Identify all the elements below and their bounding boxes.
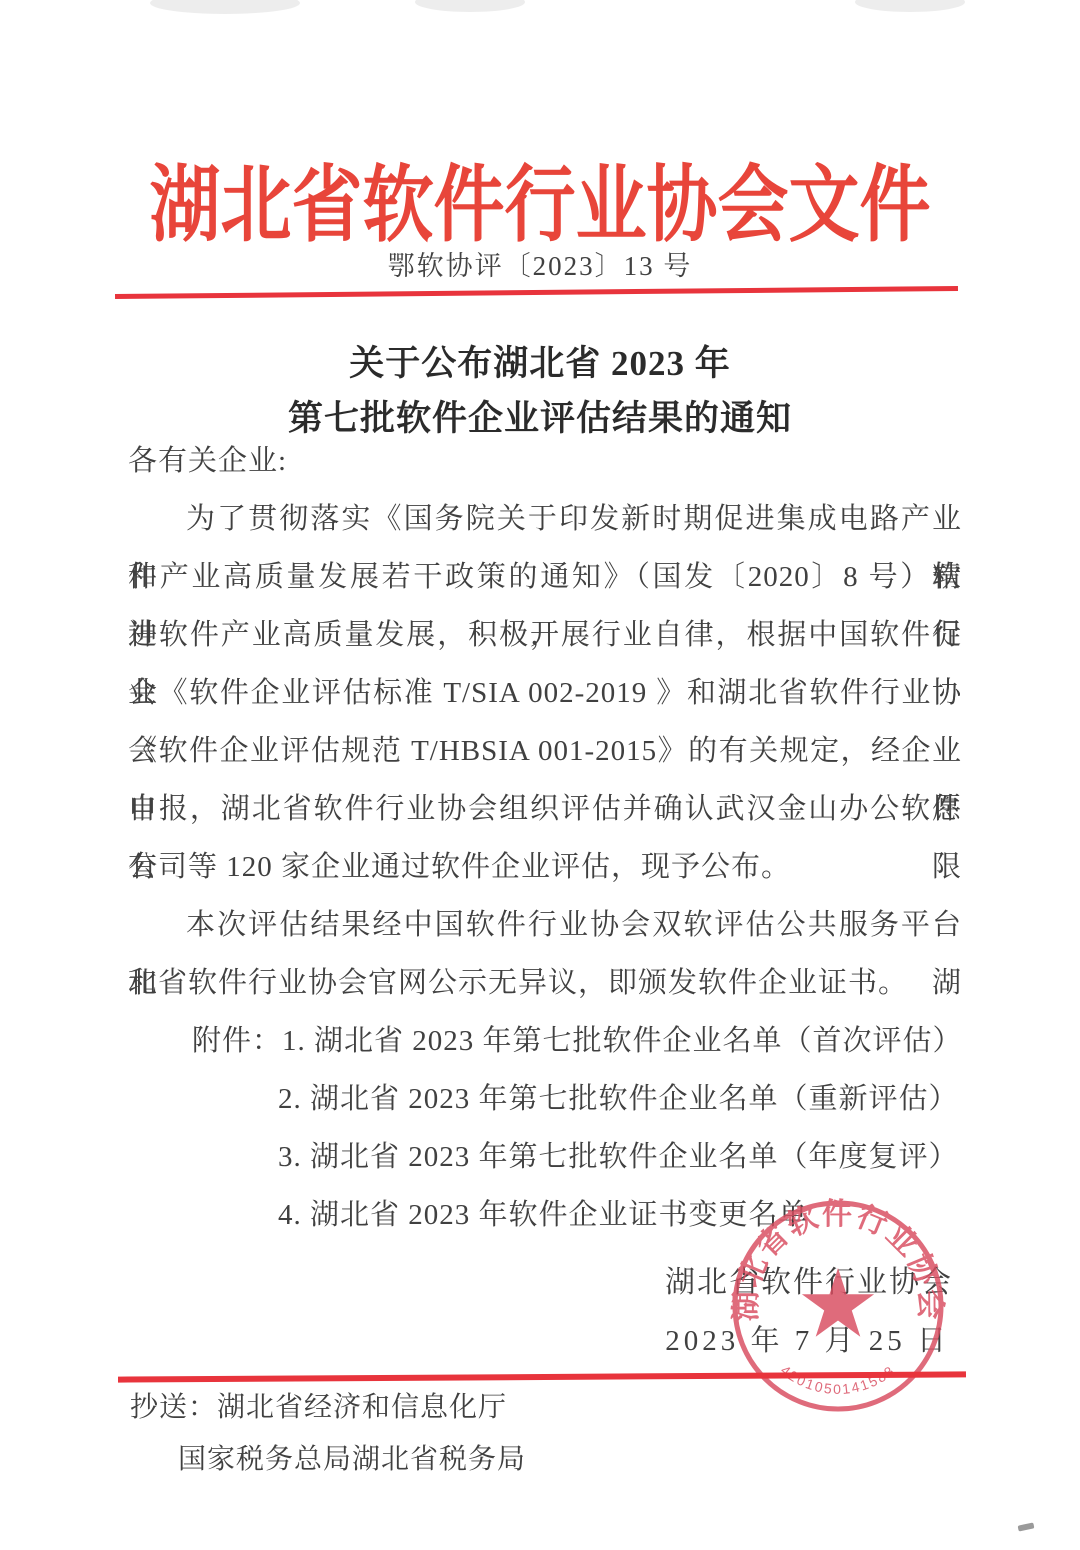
document-number: 鄂软协评〔2023〕13 号 <box>0 244 1080 283</box>
scan-artifact <box>150 0 300 14</box>
seal-star-icon <box>802 1268 874 1337</box>
body-line: 北省软件行业协会官网公示无异议，即颁发软件企业证书。 <box>128 954 962 1012</box>
document-page: 湖北省软件行业协会文件 鄂软协评〔2023〕13 号 关于公布湖北省 2023 … <box>0 0 1080 1550</box>
attachment-line: 附件：1. 湖北省 2023 年第七批软件企业名单（首次评估） <box>128 1012 962 1070</box>
red-divider-top <box>115 286 958 299</box>
attachment-item: 2. 湖北省 2023 年第七批软件企业名单（重新评估） <box>128 1070 962 1128</box>
body-line: 件产业高质量发展若干政策的通知》（国发〔2020〕8 号）精神，促 <box>128 548 962 606</box>
scan-artifact <box>415 0 525 12</box>
cc-recipient: 国家税务总局湖北省税务局 <box>130 1434 526 1486</box>
notice-title-line1: 关于公布湖北省 2023 年 <box>0 336 1080 391</box>
salutation: 各有关企业: <box>128 432 962 490</box>
official-seal-stamp: 湖北省软件行业协会 4201050141588 <box>728 1196 948 1416</box>
cc-line: 抄送：湖北省经济和信息化厅 <box>130 1382 526 1434</box>
body-line: 为了贯彻落实《国务院关于印发新时期促进集成电路产业和软 <box>128 490 962 548</box>
document-header-title: 湖北省软件行业协会文件 <box>0 138 1080 258</box>
scan-artifact <box>855 0 965 12</box>
notice-title: 关于公布湖北省 2023 年 第七批软件企业评估结果的通知 <box>0 336 1080 446</box>
attachment-item: 3. 湖北省 2023 年第七批软件企业名单（年度复评） <box>128 1128 962 1186</box>
cc-recipient: 湖北省经济和信息化厅 <box>217 1392 507 1423</box>
body-line: 申报，湖北省软件行业协会组织评估并确认武汉金山办公软件有限 <box>128 780 962 838</box>
attachments-label: 附件： <box>192 1025 282 1057</box>
cc-label: 抄送： <box>130 1392 217 1423</box>
cc-block: 抄送：湖北省经济和信息化厅 国家税务总局湖北省税务局 <box>130 1382 526 1486</box>
body-line: 《软件企业评估规范 T/HBSIA 001-2015》的有关规定，经企业自愿 <box>128 722 962 780</box>
svg-text:4201050141588: 4201050141588 <box>778 1362 899 1397</box>
seal-number: 4201050141588 <box>778 1362 899 1397</box>
body-line: 进软件产业高质量发展，积极开展行业自律，根据中国软件行业协 <box>128 606 962 664</box>
body-line: 会《软件企业评估标准 T/SIA 002-2019 》和湖北省软件行业协会 <box>128 664 962 722</box>
scan-artifact <box>1018 1522 1035 1531</box>
body-line: 本次评估结果经中国软件行业协会双软评估公共服务平台和湖 <box>128 896 962 954</box>
attachment-item: 1. 湖北省 2023 年第七批软件企业名单（首次评估） <box>282 1025 963 1057</box>
document-body: 各有关企业: 为了贯彻落实《国务院关于印发新时期促进集成电路产业和软 件产业高质… <box>128 432 962 1244</box>
